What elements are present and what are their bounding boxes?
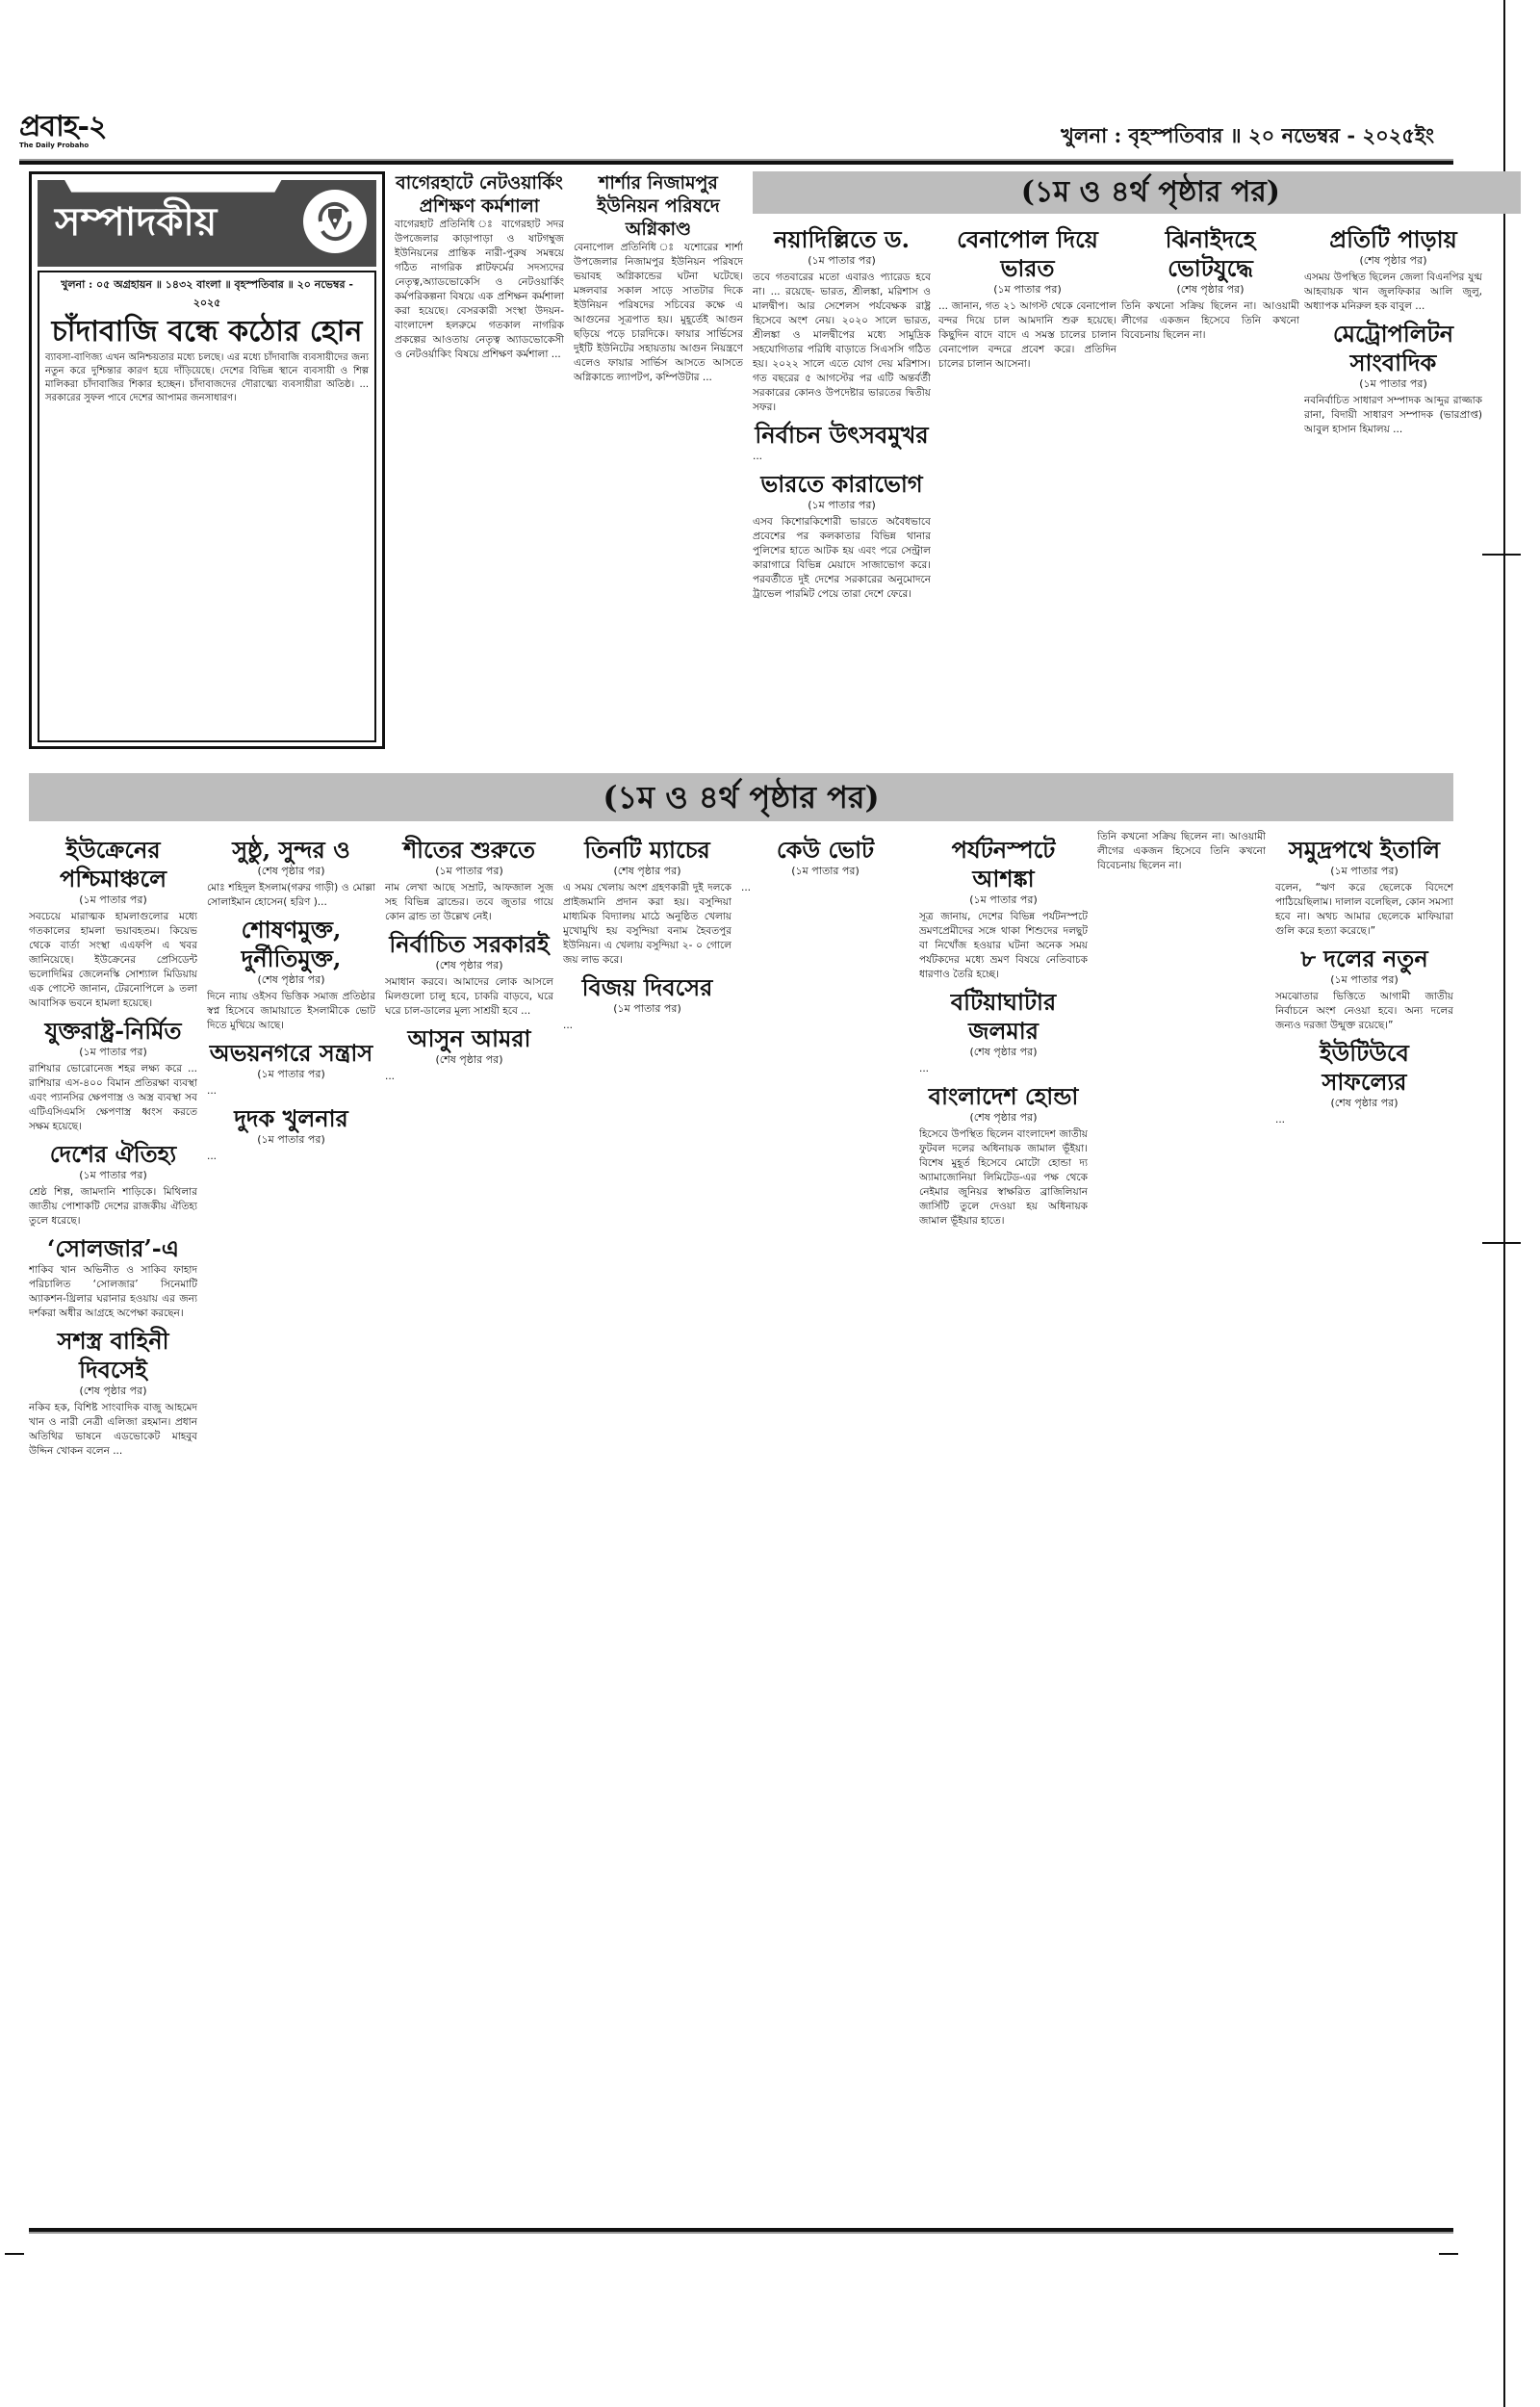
headline: দুদক খুলনার [207,1104,375,1133]
headline: আসুন আমরা [385,1024,553,1053]
editorial-content: খুলনা : ০৫ অগ্রহায়ন ॥ ১৪৩২ বাংলা ॥ বৃহস… [38,271,376,742]
continued-note: (১ম পাতার পর) [753,254,931,268]
article-body: তিনি কখনো সক্রিয় ছিলেন না। আওয়ামী লীগে… [1097,830,1266,873]
article-body: ... [385,1070,553,1084]
article-body: সবচেয়ে মারাত্মক হামলাগুলোর মধ্যে গতকালে… [29,910,197,1011]
continued-note: (১ম পাতার পর) [753,499,931,512]
article-body: বেনাপোল প্রতিনিধি ঃ যশোরের শার্শা উপজেলা… [574,241,743,385]
headline: ইউটিউবে সাফল্যের [1275,1039,1453,1097]
headline: শীতের শুরুতে [385,836,553,865]
headline: বাংলাদেশ হোন্ডা [919,1082,1088,1111]
article-body: ... [919,1062,1088,1076]
page-frame-line [1503,0,1505,2407]
continued-note: (শেষ পৃষ্ঠার পর) [1121,283,1299,297]
headline: ঝিনাইদহে ভোটযুদ্ধে [1121,225,1299,283]
continued-note: (শেষ পৃষ্ঠার পর) [1304,254,1482,268]
headline: যুক্তরাষ্ট্র-নির্মিত [29,1017,197,1046]
continued-note: (শেষ পৃষ্ঠার পর) [385,959,553,972]
dateline: খুলনা : বৃহস্পতিবার ॥ ২০ নভেম্বর - ২০২৫ই… [1061,120,1434,154]
headline: সমুদ্রপথে ইতালি [1275,836,1453,865]
article-body: তিনি কখনো সক্রিয় ছিলেন না। আওয়ামী লীগে… [1121,299,1299,343]
article-column: ঝিনাইদহে ভোটযুদ্ধে (শেষ পৃষ্ঠার পর) তিনি… [1121,220,1299,759]
article-column: পর্যটনস্পটে আশঙ্কা (১ম পাতার পর) সূত্র জ… [919,830,1088,2216]
editorial-title: চাঁদাবাজি বন্ধে কঠোর হোন [45,313,369,351]
headline: বিজয় দিবসের [563,973,731,1002]
headline: ইউক্রেনের পশ্চিমাঞ্চলে [29,836,197,893]
article-body: রাশিয়ার ভোরোনেজ শহর লক্ষ্য করে ... রাশি… [29,1062,197,1134]
continued-note: (১ম পাতার পর) [563,1002,731,1016]
headline: প্রতিটি পাড়ায় [1304,225,1482,254]
headline: পর্যটনস্পটে আশঙ্কা [919,836,1088,893]
headline: অভয়নগরে সন্ত্রাস [207,1039,375,1068]
article-body: ... [741,881,910,895]
crop-mark-right [1439,2253,1458,2255]
crop-mark-left [5,2253,24,2255]
article-column: নয়াদিল্লিতে ড. (১ম পাতার পর) তবে গতবারে… [753,220,931,759]
article-body: মোঃ শহিদুল ইসলাম(গরুর গাড়ী) ও মোল্লা সো… [207,881,375,910]
editorial-date: খুলনা : ০৫ অগ্রহায়ন ॥ ১৪৩২ বাংলা ॥ বৃহস… [45,276,369,313]
continued-note: (১ম পাতার পর) [938,283,1116,297]
editorial-banner: সম্পাদকীয় [38,180,376,267]
article-column: ইউক্রেনের পশ্চিমাঞ্চলে (১ম পাতার পর) সবচ… [29,830,197,2216]
logo-subtitle: The Daily Probaho [19,142,135,149]
article-body: দিনে ন্যায় ওইসব ভিত্তিক সমাজ প্রতিষ্ঠার… [207,990,375,1033]
pen-nib-icon [303,190,367,253]
article-body: ... [753,450,931,464]
headline: সশস্ত্র বাহিনী দিবসেই [29,1327,197,1385]
continued-note: (শেষ পৃষ্ঠার পর) [207,973,375,987]
article-body: ... [1275,1113,1453,1127]
continued-note: (শেষ পৃষ্ঠার পর) [1275,1097,1453,1110]
article-body: ... [207,1150,375,1164]
article-column: তিনি কখনো সক্রিয় ছিলেন না। আওয়ামী লীগে… [1097,830,1266,2216]
continued-note: (১ম পাতার পর) [1275,865,1453,878]
article-column: সুষ্ঠু, সুন্দর ও (শেষ পৃষ্ঠার পর) মোঃ শহ… [207,830,375,2216]
article-column: শার্শার নিজামপুর ইউনিয়ন পরিষদে অগ্নিকাণ… [574,171,743,759]
headline: ‘সোলজার’-এ [29,1234,197,1263]
continued-banner-top: (১ম ও ৪র্থ পৃষ্ঠার পর) [753,171,1521,214]
headline: বাগেরহাটে নেটওয়ার্কিং প্রশিক্ষণ কর্মশাল… [395,171,564,218]
article-body: ... [563,1019,731,1033]
continued-note: (শেষ পৃষ্ঠার পর) [207,865,375,878]
continued-note: (শেষ পৃষ্ঠার পর) [385,1053,553,1067]
article-body: বাগেরহাট প্রতিনিধি ঃ বাগেরহাট সদর উপজেলা… [395,218,564,362]
article-body: এ সময় খেলায় অংশ গ্রহণকারী দুই দলকে প্র… [563,881,731,968]
article-column: কেউ ভোট (১ম পাতার পর) ... [741,830,910,2216]
continued-note: (শেষ পৃষ্ঠার পর) [29,1385,197,1398]
article-column: বাগেরহাটে নেটওয়ার্কিং প্রশিক্ষণ কর্মশাল… [395,171,564,759]
article-body: সমঝোতার ভিত্তিতে আগামী জাতীয় নির্বাচনে … [1275,990,1453,1033]
article-body: সূত্র জানায়, দেশের বিভিন্ন পর্যটনস্পটে … [919,910,1088,982]
continued-note: (১ম পাতার পর) [207,1133,375,1147]
article-body: তবে গতবারের মতো এবারও প্যারেড হবে না। ..… [753,271,931,415]
continued-note: (১ম পাতার পর) [29,1169,197,1182]
article-column: প্রতিটি পাড়ায় (শেষ পৃষ্ঠার পর) এসময় উ… [1304,220,1482,759]
article-column: সমুদ্রপথে ইতালি (১ম পাতার পর) বলেন, “ঋণ … [1275,830,1453,2216]
headline: তিনটি ম্যাচের [563,836,731,865]
masthead: প্রবাহ-২ The Daily Probaho খুলনা : বৃহস্… [19,111,1501,159]
article-column: তিনটি ম্যাচের (শেষ পৃষ্ঠার পর) এ সময় খে… [563,830,731,2216]
headline: মেট্রোপলিটন সাংবাদিক [1304,320,1482,377]
headline: নির্বাচিত সরকারই [385,930,553,959]
headline: ৮ দলের নতুন [1275,945,1453,973]
continued-note: (শেষ পৃষ্ঠার পর) [919,1111,1088,1125]
editorial-body: ব্যাবসা-বাণিজ্য এখন অনিশ্চয়তার মধ্যে চল… [45,351,369,405]
article-column: বেনাপোল দিয়ে ভারত (১ম পাতার পর) ... জান… [938,220,1116,759]
crop-mark-right [1482,1242,1521,1244]
logo-text: প্রবাহ-২ [19,110,107,143]
headline: বেনাপোল দিয়ে ভারত [938,225,1116,283]
article-body: নকিব হক, বিশিষ্ট সাংবাদিক বাজু আহমেদ খান… [29,1401,197,1459]
headline: কেউ ভোট [741,836,910,865]
continued-note: (১ম পাতার পর) [1304,377,1482,391]
continued-banner-middle: (১ম ও ৪র্থ পৃষ্ঠার পর) [29,773,1453,821]
headline: বটিয়াঘাটার জলমার [919,988,1088,1046]
headline: সুষ্ঠু, সুন্দর ও [207,836,375,865]
article-body: বলেন, “ঋণ করে ছেলেকে বিদেশে পাঠিয়েছিলাম… [1275,881,1453,939]
continued-note: (১ম পাতার পর) [207,1068,375,1081]
continued-note: (১ম পাতার পর) [741,865,910,878]
article-body: নবনির্বাচিত সাধারণ সম্পাদক আব্দুর রাজ্জা… [1304,394,1482,437]
headline: নয়াদিল্লিতে ড. [753,225,931,254]
article-body: সমাধান করবে। আমাদের লোক আসলে মিলগুলো চাল… [385,975,553,1019]
article-body: নাম লেখা আছে সম্রাট, আফজাল সুজ সহ বিভিন্… [385,881,553,924]
continued-note: (১ম পাতার পর) [385,865,553,878]
article-body: ... [207,1084,375,1099]
article-column: শীতের শুরুতে (১ম পাতার পর) নাম লেখা আছে … [385,830,553,2216]
headline: ভারতে কারাভোগ [753,470,931,499]
continued-note: (শেষ পৃষ্ঠার পর) [563,865,731,878]
continued-note: (১ম পাতার পর) [919,893,1088,907]
continued-note: (১ম পাতার পর) [1275,973,1453,987]
continued-note: (১ম পাতার পর) [29,893,197,907]
headline: শোষণমুক্ত, দুর্নীতিমুক্ত, [207,916,375,973]
editorial-banner-title: সম্পাদকীয় [38,192,217,256]
article-body: শাকিব খান অভিনীত ও সাকিব ফাহাদ পরিচালিত … [29,1263,197,1321]
headline: দেশের ঐতিহ্য [29,1140,197,1169]
continued-note: (শেষ পৃষ্ঠার পর) [919,1046,1088,1059]
headline: শার্শার নিজামপুর ইউনিয়ন পরিষদে অগ্নিকাণ… [574,171,743,241]
article-body: হিসেবে উপস্থিত ছিলেন বাংলাদেশ জাতীয় ফুট… [919,1127,1088,1229]
editorial-box: সম্পাদকীয় খুলনা : ০৫ অগ্রহায়ন ॥ ১৪৩২ ব… [29,171,385,749]
headline: নির্বাচন উৎসবমুখর [753,421,931,450]
article-body: শ্রেষ্ঠ শিল্প, জামদানি শাড়িকে। মিথিলার … [29,1185,197,1229]
newspaper-logo: প্রবাহ-২ The Daily Probaho [19,111,135,159]
article-body: এসব কিশোরকিশোরী ভারতে অবৈধভাবে প্রবেশের … [753,515,931,602]
footer-rule [29,2228,1453,2234]
article-body: ... জানান, গত ২১ আগস্ট থেকে বেনাপোল বন্দ… [938,299,1116,372]
header-rule [19,159,1453,165]
article-body: এসময় উপস্থিত ছিলেন জেলা বিএনপির যুগ্ম আ… [1304,271,1482,314]
continued-note: (১ম পাতার পর) [29,1046,197,1059]
crop-mark-right [1482,554,1521,556]
